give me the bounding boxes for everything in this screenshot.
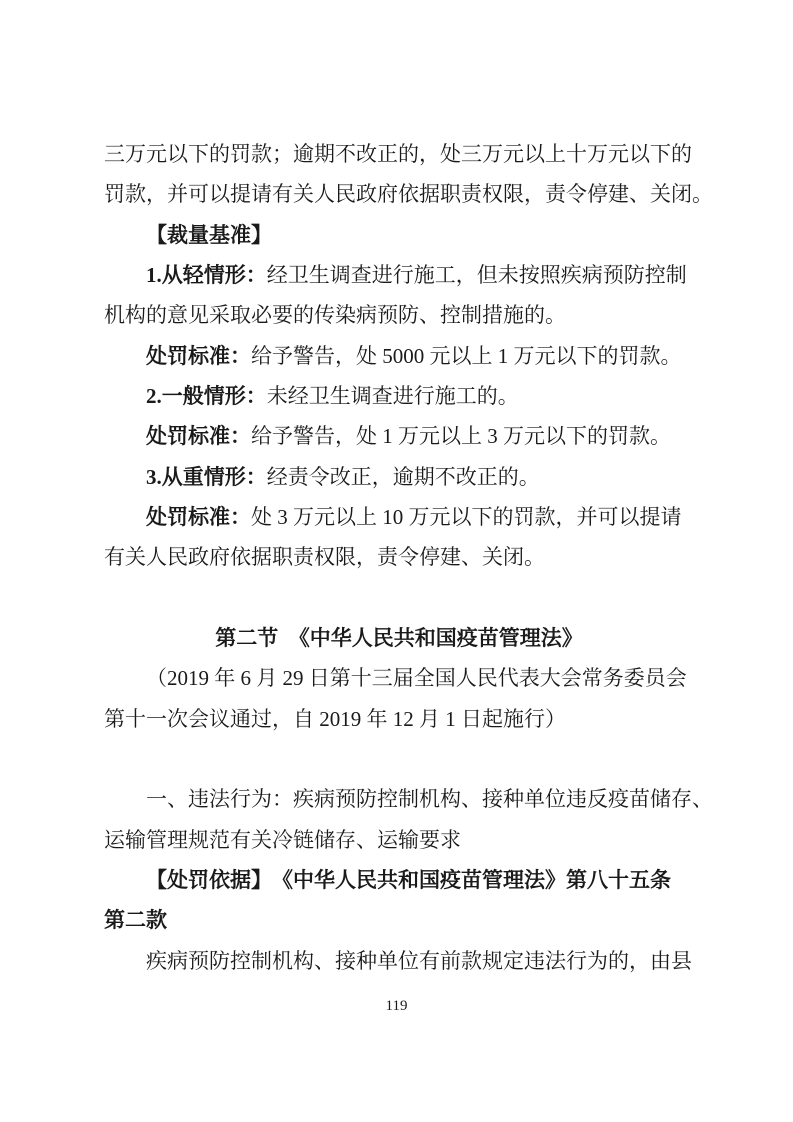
body-line: 处罚标准：处 3 万元以上 10 万元以下的罚款，并可以提请: [104, 497, 694, 537]
text-run: 有关人民政府依据职责权限，责令停建、关闭。: [104, 545, 545, 569]
body-line: 三万元以下的罚款；逾期不改正的，处三万元以上十万元以下的: [104, 134, 694, 174]
body-line: 有关人民政府依据职责权限，责令停建、关闭。: [104, 537, 694, 577]
text-run: 机构的意见采取必要的传染病预防、控制措施的。: [104, 303, 566, 327]
text-run: 疾病预防控制机构、接种单位有前款规定违法行为的，由县: [146, 949, 692, 973]
text-run: 三万元以下的罚款；逾期不改正的，处三万元以上十万元以下的: [104, 142, 692, 166]
text-run: （2019 年 6 月 29 日第十三届全国人民代表大会常务委员会: [146, 666, 687, 690]
document-body: 三万元以下的罚款；逾期不改正的，处三万元以上十万元以下的罚款，并可以提请有关人民…: [104, 134, 694, 981]
text-run: 给予警告，处 5000 元以上 1 万元以下的罚款。: [251, 344, 682, 368]
text-run: 1.从轻情形：: [146, 263, 267, 287]
text-run: 未经卫生调查进行施工的。: [267, 384, 519, 408]
document-page: 三万元以下的罚款；逾期不改正的，处三万元以上十万元以下的罚款，并可以提请有关人民…: [0, 0, 793, 1122]
text-run: 罚款，并可以提请有关人民政府依据职责权限，责令停建、关闭。: [104, 182, 713, 206]
text-run: 【裁量基准】: [146, 223, 272, 247]
body-line: 1.从轻情形：经卫生调查进行施工，但未按照疾病预防控制: [104, 255, 694, 295]
body-line: 2.一般情形：未经卫生调查进行施工的。: [104, 376, 694, 416]
text-run: 【处罚依据】 《中华人民共和国疫苗管理法》第八十五条: [146, 868, 671, 892]
body-line: （2019 年 6 月 29 日第十三届全国人民代表大会常务委员会: [104, 658, 694, 698]
body-line: 罚款，并可以提请有关人民政府依据职责权限，责令停建、关闭。: [104, 174, 694, 214]
body-line: 疾病预防控制机构、接种单位有前款规定违法行为的，由县: [104, 941, 694, 981]
body-line: 处罚标准：给予警告，处 5000 元以上 1 万元以下的罚款。: [104, 336, 694, 376]
text-run: 处罚标准：: [146, 505, 251, 529]
section-heading: 第二节 《中华人民共和国疫苗管理法》: [104, 618, 694, 658]
subheading-line: 【裁量基准】: [104, 215, 694, 255]
text-run: 给予警告，处 1 万元以上 3 万元以下的罚款。: [251, 424, 671, 448]
text-run: 处罚标准：: [146, 424, 251, 448]
text-run: 2.一般情形：: [146, 384, 267, 408]
text-run: 第二款: [104, 908, 167, 932]
body-line: 机构的意见采取必要的传染病预防、控制措施的。: [104, 295, 694, 335]
text-run: 运输管理规范有关冷链储存、运输要求: [104, 828, 461, 852]
text-run: 一、违法行为：疾病预防控制机构、接种单位违反疫苗储存、: [146, 787, 713, 811]
text-run: 处罚标准：: [146, 344, 251, 368]
text-run: 第二节 《中华人民共和国疫苗管理法》: [215, 626, 583, 650]
text-run: 3.从重情形：: [146, 465, 267, 489]
body-line: 第二款: [104, 900, 694, 940]
text-run: 经卫生调查进行施工，但未按照疾病预防控制: [267, 263, 687, 287]
body-line: 第十一次会议通过，自 2019 年 12 月 1 日起施行）: [104, 699, 694, 739]
text-run: 第十一次会议通过，自 2019 年 12 月 1 日起施行）: [104, 707, 566, 731]
body-line: 运输管理规范有关冷链储存、运输要求: [104, 820, 694, 860]
text-run: 经责令改正，逾期不改正的。: [267, 465, 540, 489]
body-line: 一、违法行为：疾病预防控制机构、接种单位违反疫苗储存、: [104, 779, 694, 819]
body-line: 【处罚依据】 《中华人民共和国疫苗管理法》第八十五条: [104, 860, 694, 900]
body-line: 3.从重情形：经责令改正，逾期不改正的。: [104, 457, 694, 497]
page-number: 119: [0, 997, 793, 1016]
body-line: 处罚标准：给予警告，处 1 万元以上 3 万元以下的罚款。: [104, 416, 694, 456]
text-run: 处 3 万元以上 10 万元以下的罚款，并可以提请: [251, 505, 682, 529]
